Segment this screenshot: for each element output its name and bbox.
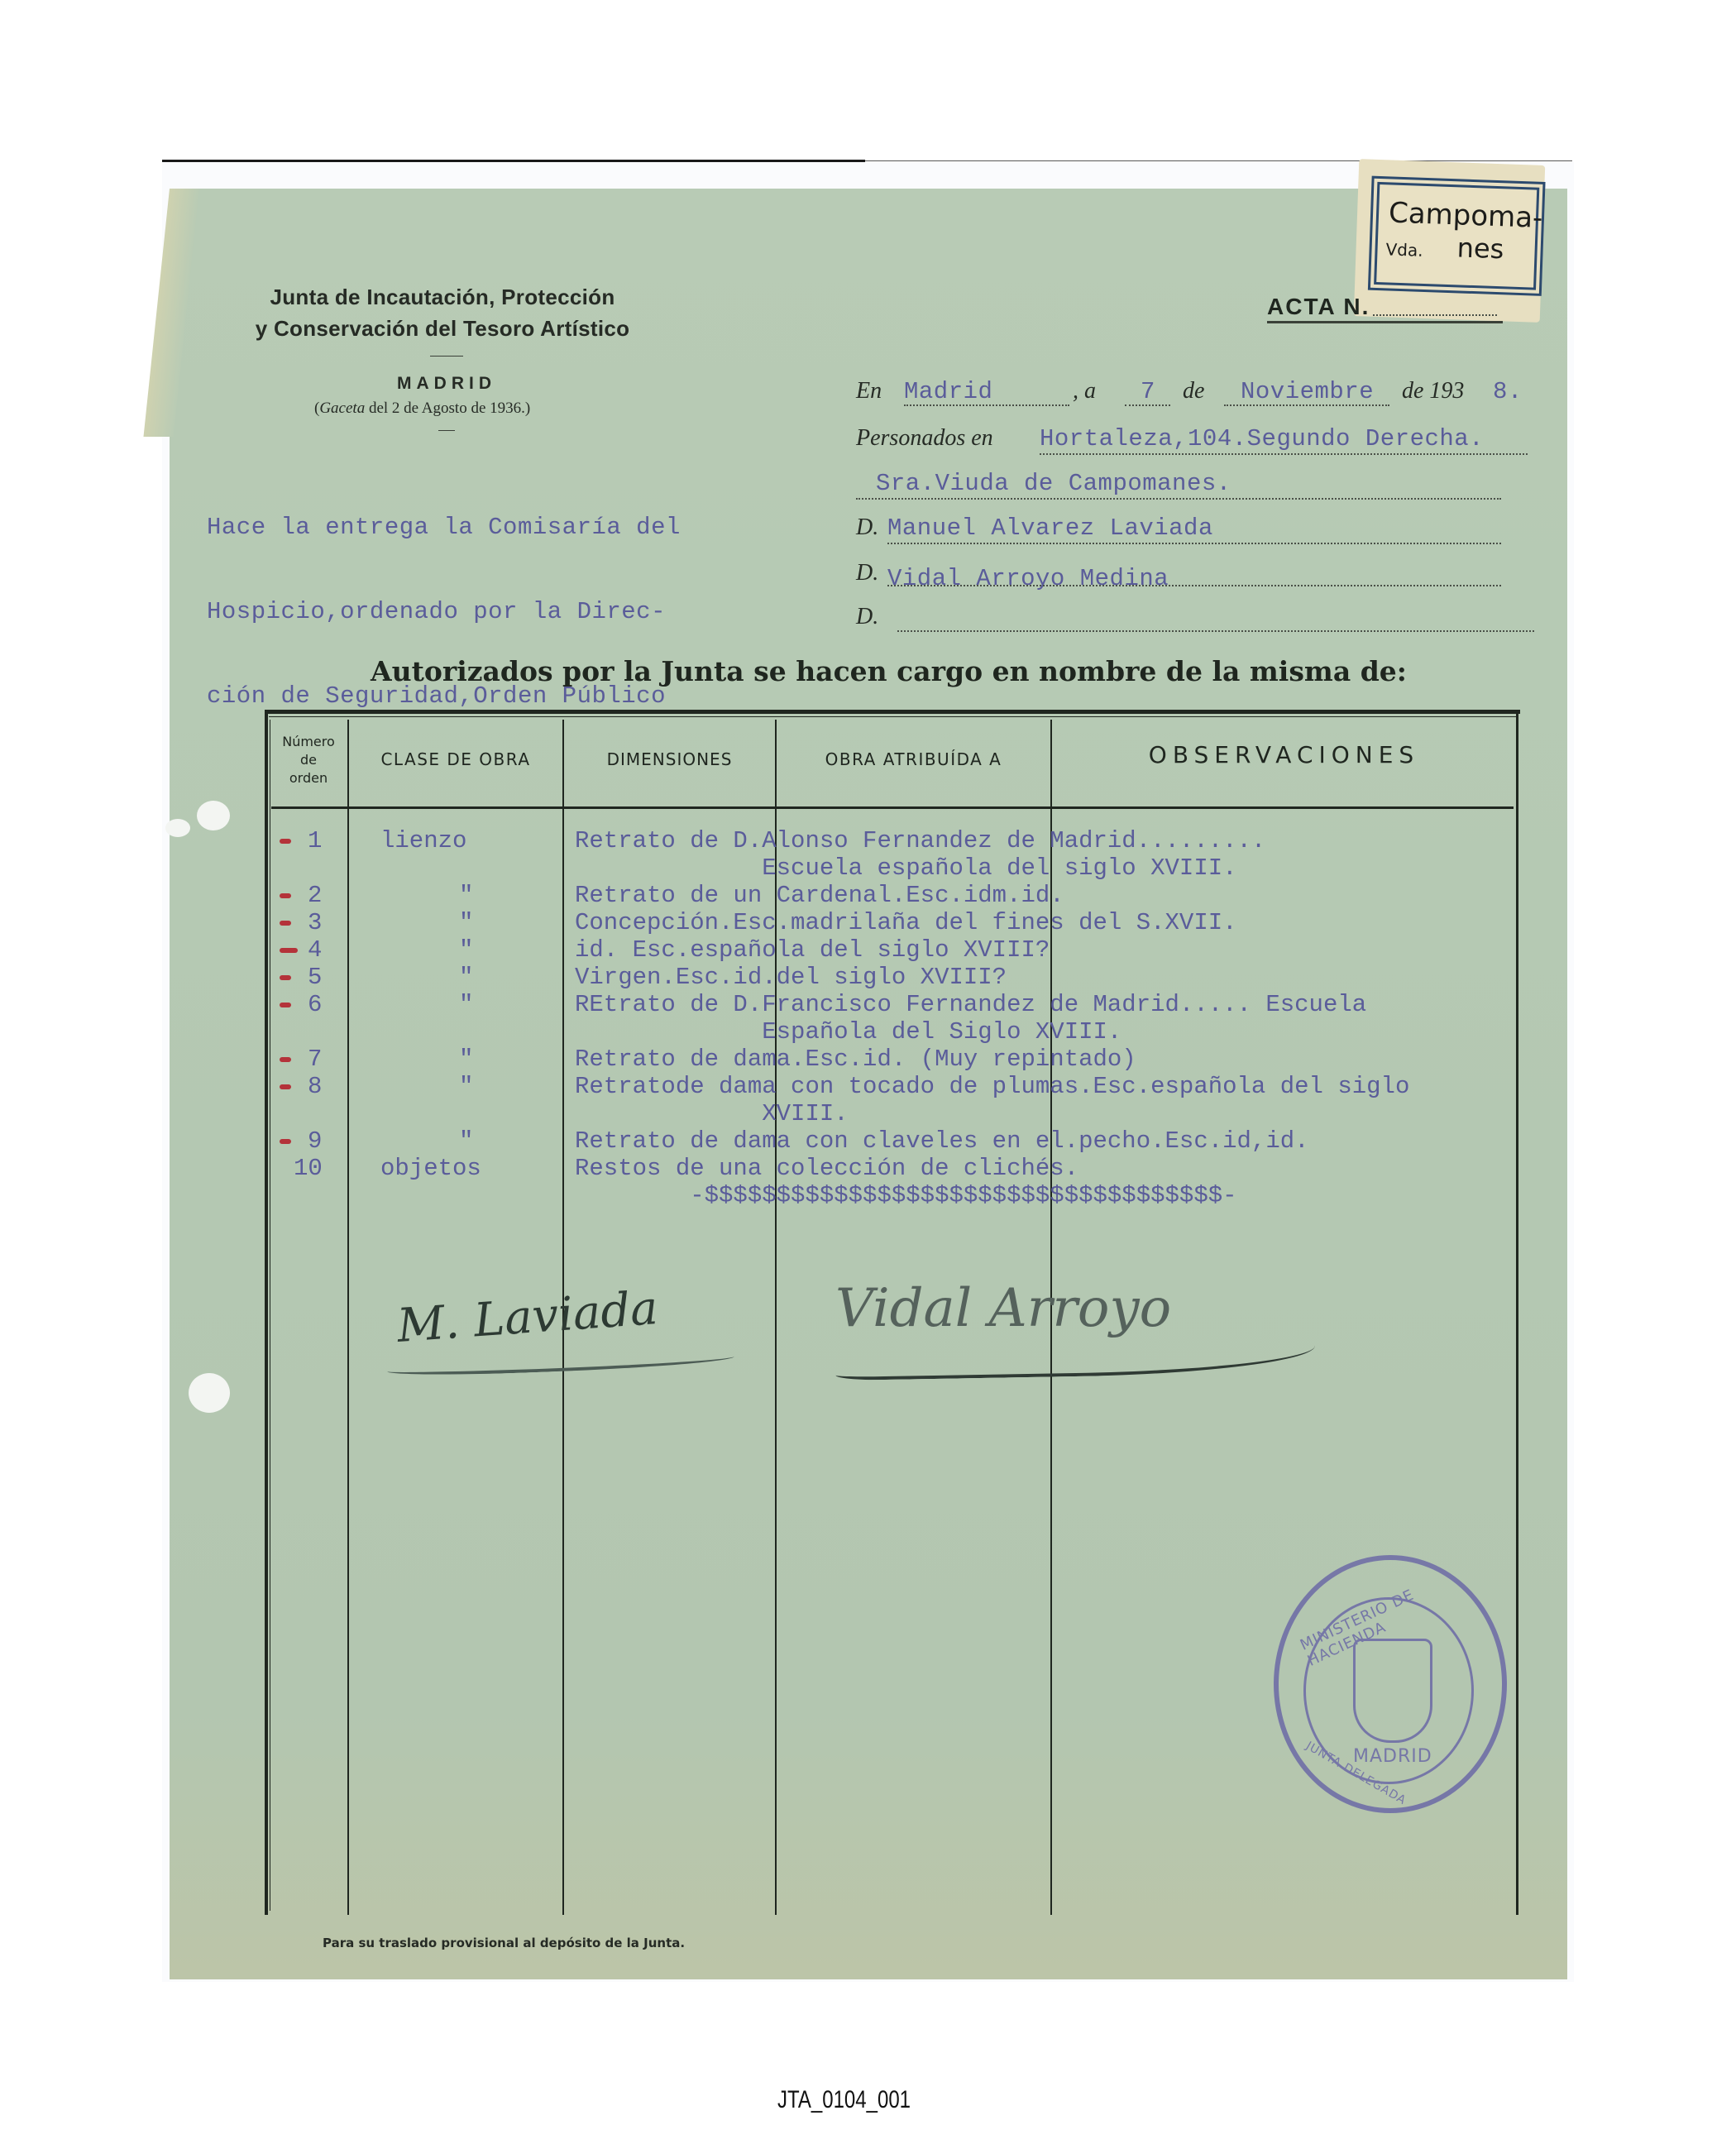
row-number: 2 bbox=[308, 882, 322, 909]
red-check-mark bbox=[280, 1139, 291, 1144]
city-value: Madrid bbox=[904, 378, 992, 406]
header-obra-atribuida: OBRA ATRIBUÍDA A bbox=[777, 749, 1050, 769]
d-label-2: D. bbox=[856, 560, 878, 586]
row-description: Virgen.Esc.id.del siglo XVIII? bbox=[575, 964, 1007, 991]
institution-name: Junta de Incautación, Protección y Conse… bbox=[248, 281, 637, 344]
day-value: 7 bbox=[1141, 378, 1155, 406]
address-value: Hortaleza,104.Segundo Derecha. bbox=[1040, 425, 1484, 453]
row-description: id. Esc.española del siglo XVIII? bbox=[575, 936, 1050, 964]
person-2-dots bbox=[887, 585, 1501, 586]
row-number: 7 bbox=[308, 1046, 322, 1073]
scan-border-top-thin bbox=[865, 160, 1572, 161]
header-bottom-border bbox=[271, 806, 1514, 809]
owner-value: Sra.Viuda de Campomanes. bbox=[876, 470, 1231, 498]
row-clase: " bbox=[459, 964, 473, 991]
gaceta-reference: (Gaceta del 2 de Agosto de 1936.) bbox=[314, 400, 530, 418]
row-clase: " bbox=[459, 991, 473, 1018]
seal-center-text: MADRID bbox=[1353, 1746, 1432, 1767]
day-dots bbox=[1125, 404, 1170, 406]
personados-label: Personados en bbox=[856, 425, 993, 452]
table-right-border bbox=[1516, 711, 1518, 1915]
table-left-border-inner bbox=[270, 720, 270, 1911]
a-label: , a bbox=[1073, 378, 1096, 404]
header-dimensiones: DIMENSIONES bbox=[564, 749, 775, 769]
institution-line-2: y Conservación del Tesoro Artístico bbox=[248, 313, 637, 344]
gaceta-italic: Gaceta bbox=[319, 400, 365, 417]
red-check-mark bbox=[280, 948, 298, 953]
row-description: Retrato de dama.Esc.id. (Muy repintado) bbox=[575, 1046, 1136, 1073]
acta-number-field bbox=[1373, 314, 1497, 316]
header-observaciones: OBSERVACIONES bbox=[1052, 741, 1516, 768]
row-number: 9 bbox=[308, 1127, 322, 1155]
punch-hole-bottom bbox=[189, 1373, 230, 1413]
row-description: Española del Siglo XVIII. bbox=[575, 1018, 1121, 1046]
row-description: Concepción.Esc.madrilaña del fines del S… bbox=[575, 909, 1237, 936]
coat-of-arms-icon bbox=[1353, 1639, 1432, 1743]
person-1-value: Manuel Alvarez Laviada bbox=[887, 514, 1213, 543]
table-top-border bbox=[265, 710, 1520, 714]
row-clase: " bbox=[459, 1046, 473, 1073]
ministry-seal: MINISTERIO DE HACIENDA MADRID JUNTA DELE… bbox=[1274, 1555, 1507, 1813]
de-label: de bbox=[1183, 378, 1204, 404]
row-clase: " bbox=[459, 1127, 473, 1155]
owner-dots bbox=[856, 498, 1501, 500]
person-1-line: D. Manuel Alvarez Laviada bbox=[856, 514, 1542, 548]
row-number: 5 bbox=[308, 964, 322, 991]
table-left-border bbox=[265, 711, 268, 1915]
row-description: -$$$$$$$$$$$$$$$$$$$$$$$$$$$$$$$$$$$$- bbox=[575, 1182, 1237, 1209]
col-divider-1 bbox=[347, 720, 349, 1915]
red-check-mark bbox=[280, 1084, 291, 1089]
row-description: Restos de una colección de clichés. bbox=[575, 1155, 1078, 1182]
year-label: de 193 bbox=[1402, 378, 1464, 404]
month-dots bbox=[1224, 404, 1389, 406]
red-check-mark bbox=[280, 839, 291, 844]
year-value: 8. bbox=[1493, 378, 1523, 406]
institution-line-1: Junta de Incautación, Protección bbox=[248, 281, 637, 313]
red-check-mark bbox=[280, 1057, 291, 1062]
d-label-1: D. bbox=[856, 514, 878, 541]
delivery-note: Hace la entrega la Comisaría del Hospici… bbox=[207, 457, 681, 739]
address-line: Personados en Hortaleza,104.Segundo Dere… bbox=[856, 424, 1542, 457]
row-clase: " bbox=[459, 882, 473, 909]
divider bbox=[430, 356, 463, 357]
delivery-note-line-1: Hace la entrega la Comisaría del bbox=[207, 514, 681, 542]
footer-note: Para su traslado provisional al depósito… bbox=[323, 1936, 685, 1950]
institution-city: MADRID bbox=[397, 374, 496, 394]
date-line: En Madrid , a 7 de Noviembre de 193 8. bbox=[856, 376, 1534, 409]
month-value: Noviembre bbox=[1241, 378, 1374, 406]
punch-hole-top bbox=[197, 801, 230, 830]
row-description: Escuela española del siglo XVIII. bbox=[575, 854, 1237, 882]
row-description: REtrato de D.Francisco Fernandez de Madr… bbox=[575, 991, 1366, 1018]
acta-number-label: ACTA N. bbox=[1267, 294, 1370, 320]
row-description: Retrato de D.Alonso Fernandez de Madrid.… bbox=[575, 827, 1265, 854]
stamp-prefix: Vda. bbox=[1385, 239, 1423, 261]
person-2-value: Vidal Arroyo Medina bbox=[887, 565, 1169, 593]
red-check-mark bbox=[280, 893, 291, 898]
header-clase-de-obra: CLASE DE OBRA bbox=[349, 749, 562, 769]
row-number: 6 bbox=[308, 991, 322, 1018]
row-clase: " bbox=[459, 936, 473, 964]
punch-hole-top-2 bbox=[165, 819, 190, 837]
red-check-mark bbox=[280, 1003, 291, 1007]
row-clase: objetos bbox=[380, 1155, 481, 1182]
row-number: 10 bbox=[294, 1155, 323, 1182]
row-number: 8 bbox=[308, 1073, 322, 1100]
acta-underline bbox=[1267, 321, 1503, 323]
divider-short bbox=[438, 430, 455, 431]
stamp-line-2: nes bbox=[1456, 232, 1504, 265]
red-check-mark bbox=[280, 921, 291, 926]
campomanes-label-stamp: Campoma- Vda. nes bbox=[1354, 159, 1545, 323]
address-dots bbox=[1040, 453, 1528, 455]
city-dots bbox=[904, 404, 1069, 406]
row-clase: " bbox=[459, 909, 473, 936]
row-clase: " bbox=[459, 1073, 473, 1100]
archive-caption: JTA_0104_001 bbox=[777, 2086, 911, 2114]
header-numero-de-orden: Número de orden bbox=[270, 733, 347, 787]
person-3-line: D. bbox=[856, 604, 1542, 637]
row-clase: lienzo bbox=[380, 827, 466, 854]
en-label: En bbox=[856, 378, 882, 404]
stamp-line-1: Campoma- bbox=[1388, 196, 1543, 234]
table-top-border-inner bbox=[269, 716, 1518, 717]
row-description: Retrato de dama con claveles en el.pecho… bbox=[575, 1127, 1309, 1155]
row-description: Retratode dama con tocado de plumas.Esc.… bbox=[575, 1073, 1409, 1100]
stamp-frame: Campoma- Vda. nes bbox=[1368, 176, 1546, 296]
row-description: Retrato de un Cardenal.Esc.idm.id. bbox=[575, 882, 1064, 909]
table-title: Autorizados por la Junta se hacen cargo … bbox=[371, 655, 1407, 687]
delivery-note-line-2: Hospicio,ordenado por la Direc- bbox=[207, 598, 681, 626]
person-1-dots bbox=[887, 543, 1501, 544]
red-check-mark bbox=[280, 975, 291, 980]
row-number: 4 bbox=[308, 936, 322, 964]
owner-line: Sra.Viuda de Campomanes. bbox=[856, 470, 1542, 503]
row-number: 1 bbox=[308, 827, 322, 854]
d-label-3: D. bbox=[856, 604, 878, 630]
person-3-dots bbox=[897, 630, 1534, 632]
person-2-line: D. Vidal Arroyo Medina bbox=[856, 560, 1542, 593]
row-number: 3 bbox=[308, 909, 322, 936]
row-description: XVIII. bbox=[575, 1100, 849, 1127]
